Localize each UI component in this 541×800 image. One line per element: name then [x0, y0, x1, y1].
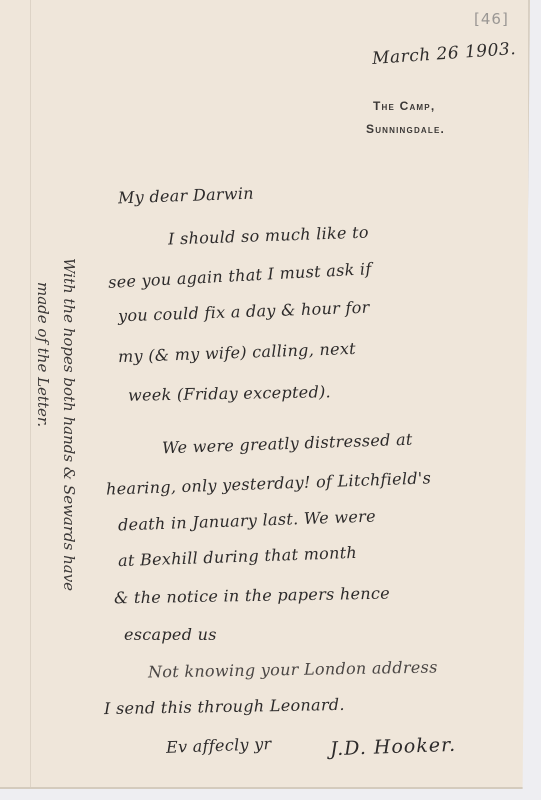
body-line: death in January last. We were: [118, 507, 376, 535]
body-line: I should so much like to: [168, 223, 369, 249]
margin-note-line-2: made of the Letter.: [34, 282, 52, 427]
body-line: week (Friday excepted).: [128, 382, 331, 405]
letter-page: [46] March 26 1903. The Camp, Sunningdal…: [0, 0, 530, 789]
body-line: my (& my wife) calling, next: [118, 339, 356, 366]
letterhead-line-2: Sunningdale.: [366, 122, 445, 136]
body-line: & the notice in the papers hence: [114, 584, 390, 608]
letter-date: March 26 1903.: [371, 39, 516, 69]
closing: Ev affecly yr: [166, 734, 272, 757]
body-line: you could fix a day & hour for: [118, 298, 370, 326]
fold-line: [30, 0, 31, 787]
body-line: hearing, only yesterday! of Litchfield's: [106, 468, 432, 498]
signature: J.D. Hooker.: [330, 734, 457, 760]
margin-note-line-1: With the hopes both hands & Sewards have: [60, 258, 78, 591]
body-line: at Bexhill during that month: [118, 543, 358, 570]
body-line: We were greatly distressed at: [162, 430, 413, 458]
letterhead-line-1: The Camp,: [373, 99, 435, 113]
archive-reference: [46]: [474, 10, 509, 28]
body-line: see you again that I must ask if: [108, 259, 372, 292]
body-line: I send this through Leonard.: [104, 695, 345, 718]
body-line: Not knowing your London address: [148, 657, 438, 681]
salutation: My dear Darwin: [118, 184, 254, 208]
body-line: escaped us: [124, 625, 217, 644]
